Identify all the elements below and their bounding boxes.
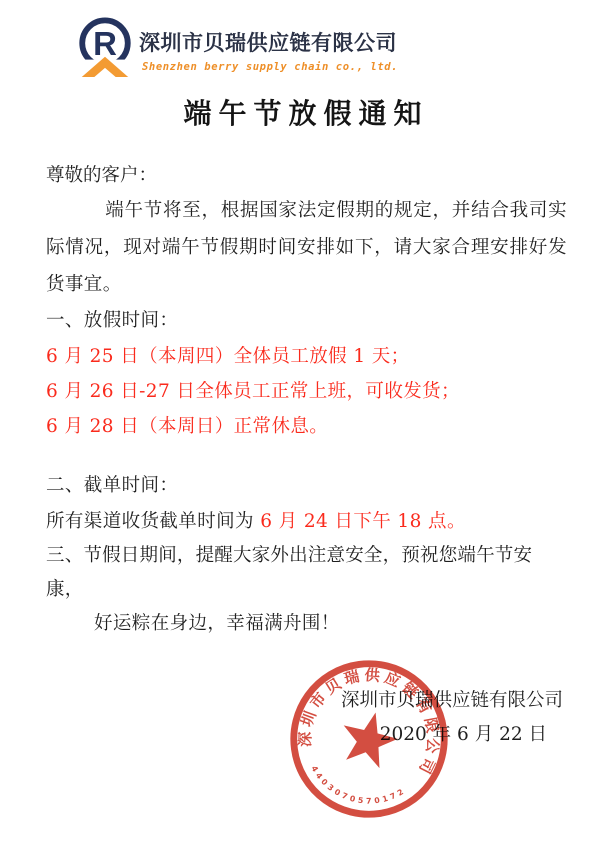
company-name-en: Shenzhen berry supply chain co., ltd. xyxy=(142,61,398,73)
notice-title: 端午节放假通知 xyxy=(0,92,605,132)
holiday-item-3: 6 月 28 日（本周日）正常休息。 xyxy=(46,409,567,444)
cutoff-deadline-highlight: 6 月 24 日下午 18 点。 xyxy=(260,511,466,532)
holiday-item-1: 6 月 25 日（本周四）全体员工放假 1 天； xyxy=(46,339,567,374)
section-cutoff-heading: 二、截单时间： xyxy=(46,468,567,504)
section-wishes-line1: 三、节假日期间，提醒大家外出注意安全，预祝您端午节安康， xyxy=(46,539,567,607)
company-name-block: 深圳市贝瑞供应链有限公司 Shenzhen berry supply chain… xyxy=(139,14,398,73)
salutation: 尊敬的客户： xyxy=(46,160,567,192)
notice-body: 尊敬的客户： 端午节将至，根据国家法定假期的规定，并结合我司实际情况，现对端午节… xyxy=(46,160,567,641)
company-seal: 深圳市贝瑞供应链有限公司 4403070570172 xyxy=(266,636,472,842)
logo-letter: R xyxy=(93,25,117,62)
document-page: R 深圳市贝瑞供应链有限公司 Shenzhen berry supply cha… xyxy=(0,0,605,858)
cutoff-line: 所有渠道收货截单时间为 6 月 24 日下午 18 点。 xyxy=(46,504,567,539)
cutoff-text: 所有渠道收货截单时间为 xyxy=(46,511,260,532)
intro-paragraph: 端午节将至，根据国家法定假期的规定，并结合我司实际情况，现对端午节假期时间安排如… xyxy=(46,192,567,303)
holiday-item-2: 6 月 26 日-27 日全体员工正常上班，可收发货； xyxy=(46,374,567,409)
seal-star xyxy=(336,706,403,771)
company-name-cn: 深圳市贝瑞供应链有限公司 xyxy=(139,27,398,57)
company-logo-icon: R xyxy=(74,14,136,80)
letterhead: R 深圳市贝瑞供应链有限公司 Shenzhen berry supply cha… xyxy=(74,14,398,80)
section-holiday-heading: 一、放假时间： xyxy=(46,303,567,339)
